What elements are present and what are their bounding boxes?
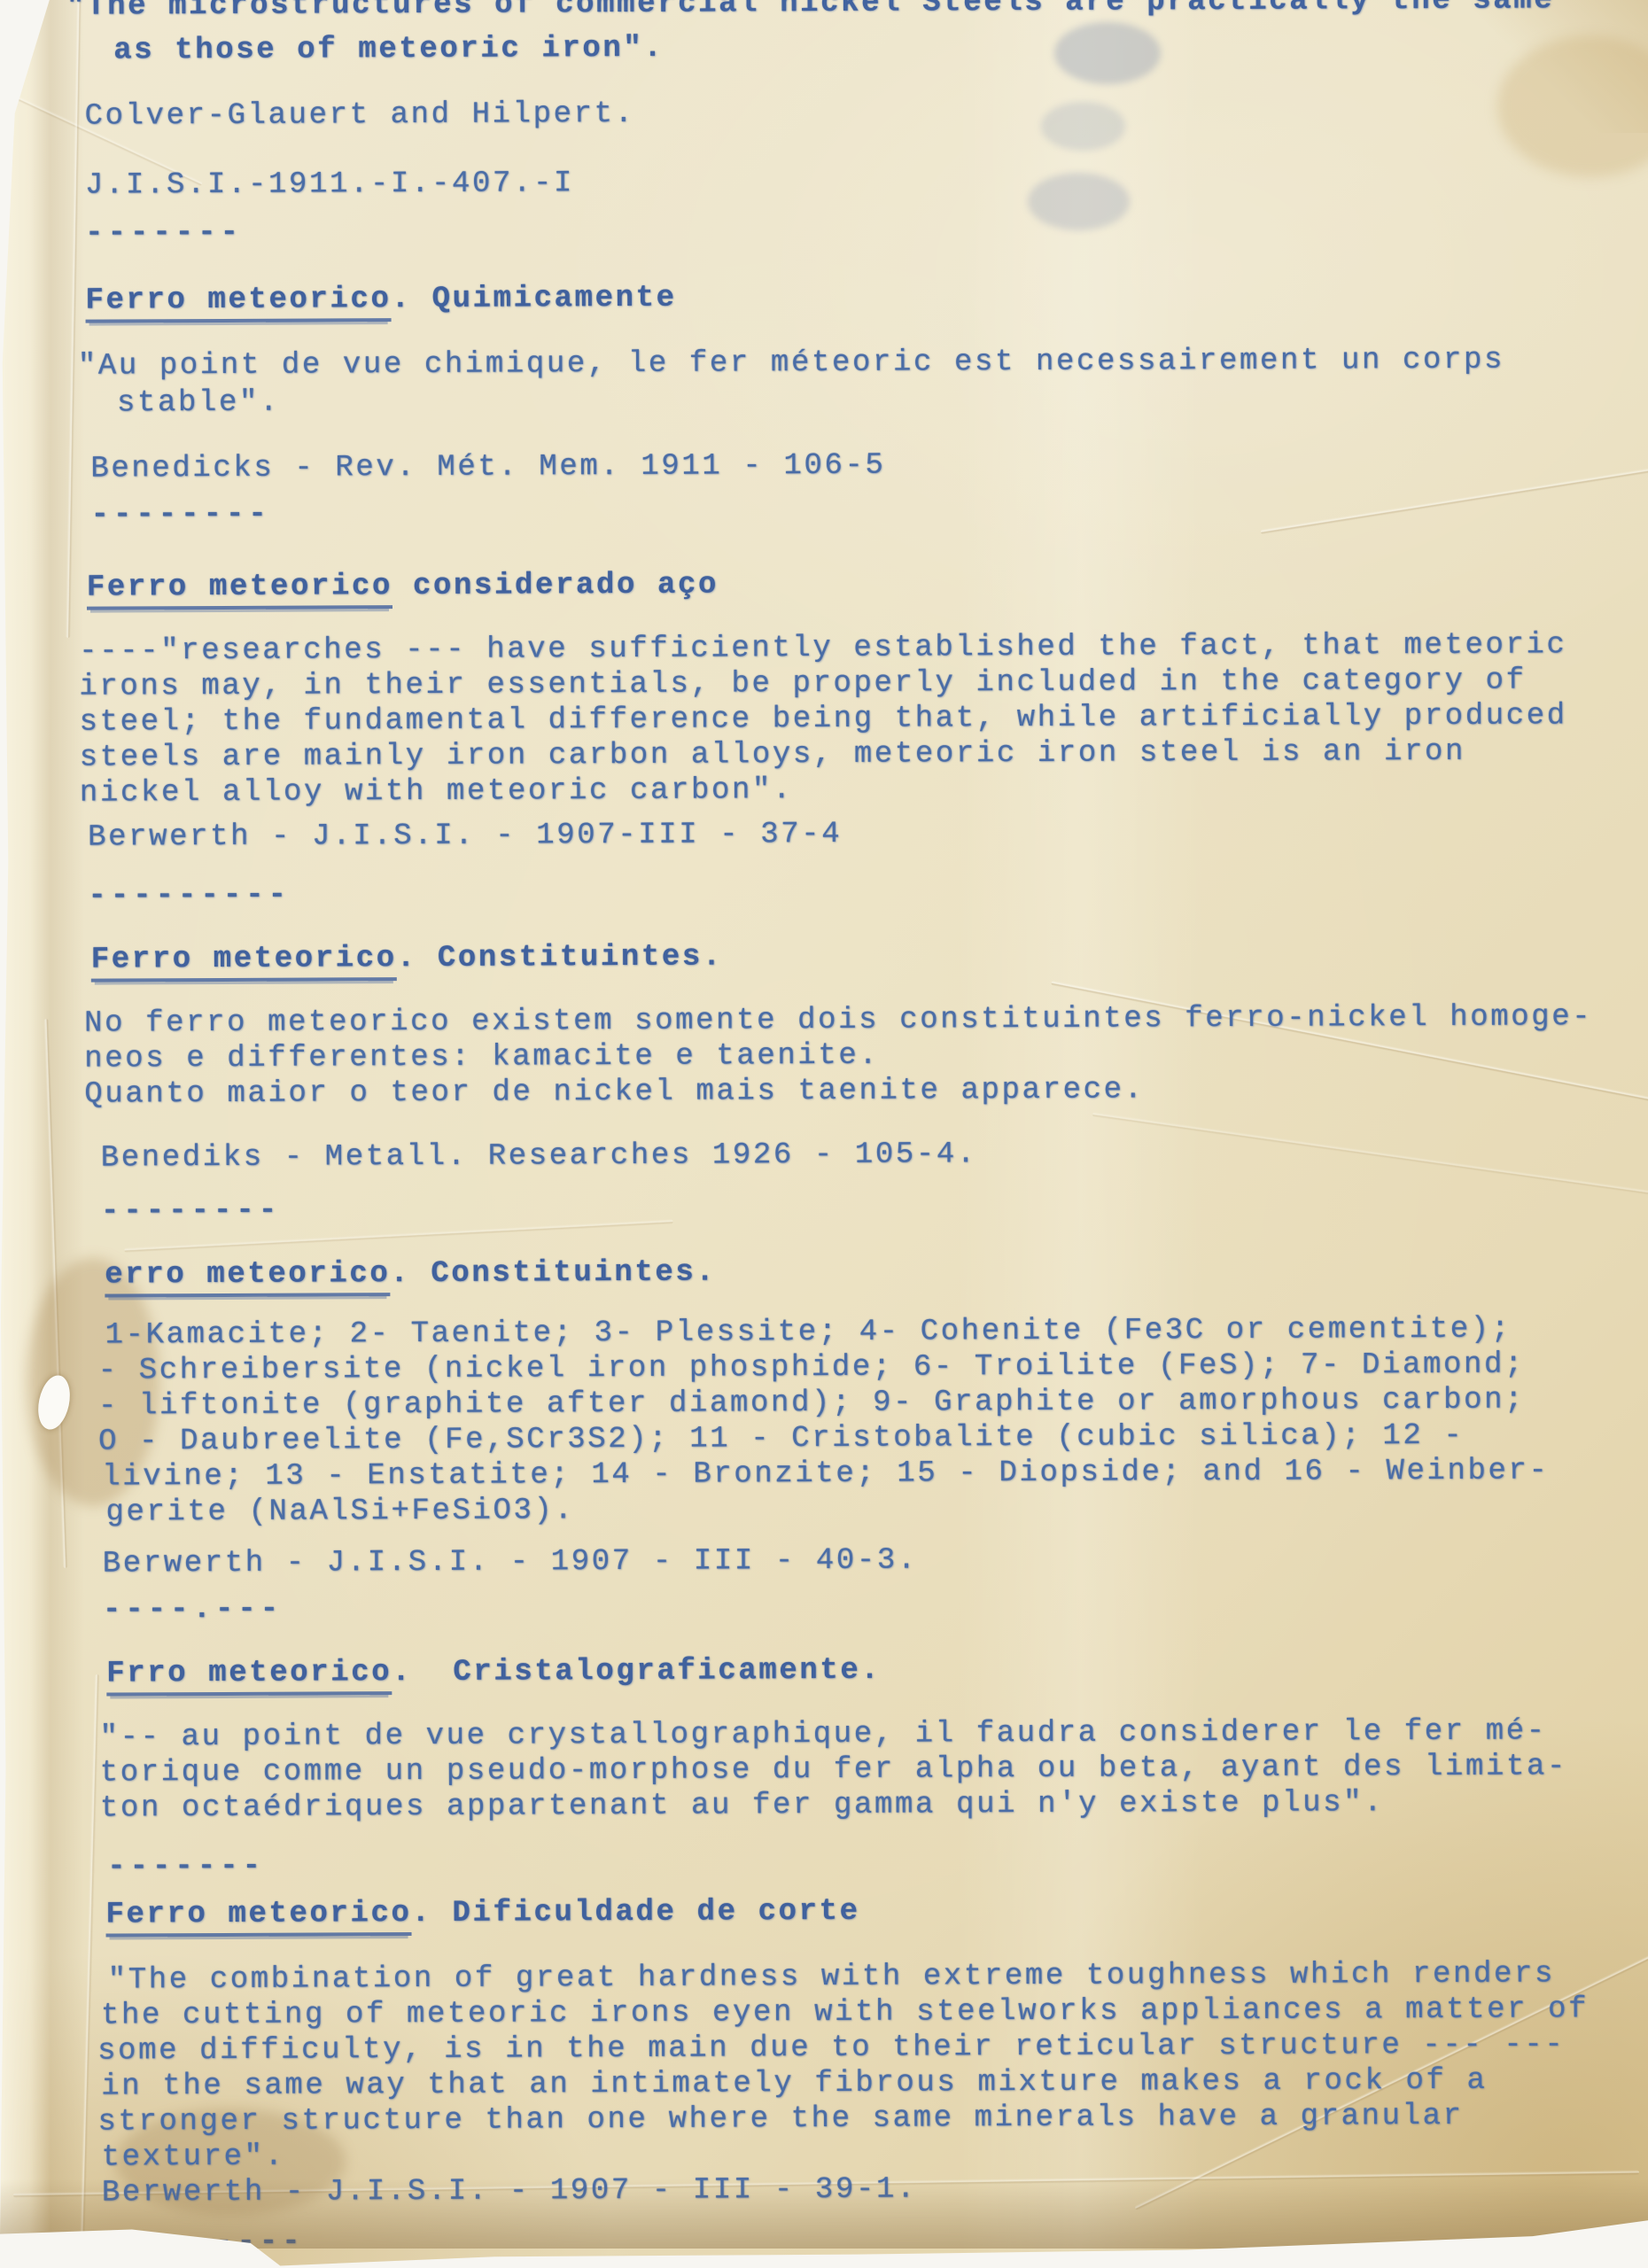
heading-rest: considerado aço	[393, 569, 719, 604]
typed-divider: --------	[101, 1193, 281, 1230]
heading-rest: . Cristalograficamente.	[392, 1654, 881, 1689]
document-text-line: in the same way that an intimately fibro…	[101, 2063, 1487, 2105]
section-heading: Frro meteorico. Cristalograficamente.	[106, 1653, 881, 1692]
typed-divider: -------	[85, 215, 243, 252]
section-heading: erro meteorico. Constituintes.	[105, 1255, 716, 1293]
heading-rest: . Constituintes.	[390, 1256, 716, 1292]
section-heading: Ferro meteorico. Quimicamente	[85, 281, 676, 319]
document-text-line: nickel alloy with meteoric carbon".	[80, 773, 793, 812]
heading-underlined-term: Frro meteorico	[106, 1656, 392, 1696]
heading-underlined-term: Ferro meteorico	[87, 570, 393, 610]
document-text-line: gerite (NaAlSi+FeSiO3).	[105, 1493, 574, 1530]
document-text-line: ton octaédriques appartenant au fer gamm…	[100, 1785, 1384, 1826]
document-text-line: "The combination of great hardness with …	[108, 1956, 1555, 1998]
section-heading: Ferro meteorico. Dificuldade de corte	[105, 1894, 859, 1933]
document-text-line: neos e differentes: kamacite e taenite.	[84, 1038, 879, 1077]
heading-rest: . Dificuldade de corte	[411, 1895, 859, 1930]
document-text-line: steels are mainly iron carbon alloys, me…	[80, 734, 1465, 776]
document-text-line: texture".	[102, 2140, 285, 2176]
heading-rest: . Quimicamente	[391, 282, 676, 316]
typed-divider: ---------	[88, 878, 291, 914]
heading-underlined-term: Ferro meteorico	[105, 1897, 411, 1938]
document-text-line: "The microstructures of commercial nicke…	[66, 0, 1554, 25]
section-heading: Ferro meteorico. Constituintes.	[91, 940, 723, 978]
document-text-line: Colver-Glauert and Hilpert.	[84, 97, 634, 135]
typewritten-text: "The microstructures of commercial nicke…	[0, 0, 1648, 2268]
torn-bottom-edge-shadow	[0, 2179, 1648, 2249]
document-text-line: - liftonite (graphite after diamond); 9-…	[98, 1383, 1525, 1425]
citation-line: J.I.S.I.-1911.-I.-407.-I	[85, 166, 574, 203]
document-text-line: "Au point de vue chimique, le fer méteor…	[78, 343, 1504, 384]
document-text-line: - Schreibersite (nickel iron phosphide; …	[98, 1348, 1525, 1389]
citation-line: Benediks - Metall. Researches 1926 - 105…	[101, 1137, 977, 1176]
citation-line: Berwerth - J.I.S.I. - 1907 - III - 40-3.	[103, 1543, 918, 1582]
document-text-line: 1-Kamacite; 2- Taenite; 3- Plessite; 4- …	[105, 1312, 1511, 1354]
document-text-line: as those of meteoric iron".	[113, 31, 664, 69]
document-text-line: irons may, in their essentials, be prope…	[79, 664, 1526, 705]
heading-rest: . Constituintes.	[397, 941, 723, 976]
typed-divider: --------	[90, 497, 270, 533]
scanned-document-page: "The microstructures of commercial nicke…	[0, 0, 1648, 2268]
heading-underlined-term: Ferro meteorico	[85, 283, 391, 323]
document-text-line: stable".	[117, 385, 280, 422]
document-text-line: "-- au point de vue crystallographique, …	[99, 1713, 1546, 1755]
citation-line: Berwerth - J.I.S.I. - 1907-III - 37-4	[88, 817, 842, 856]
citation-line: Benedicks - Rev. Mét. Mem. 1911 - 106-5	[90, 448, 885, 487]
section-heading: Ferro meteorico considerado aço	[87, 568, 719, 606]
document-text-line: livine; 13 - Enstatite; 14 - Bronzite; 1…	[102, 1453, 1549, 1495]
heading-underlined-term: erro meteorico	[105, 1257, 390, 1297]
document-text-line: Quanto maior o teor de nickel mais taeni…	[84, 1072, 1144, 1112]
typed-divider: ----.---	[103, 1592, 283, 1628]
document-text-line: stronger structure than one where the sa…	[97, 2099, 1463, 2140]
heading-underlined-term: Ferro meteorico	[91, 942, 397, 983]
document-text-line: O - Daubreelite (Fe,SCr3S2); 11 - Cristo…	[98, 1418, 1464, 1460]
document-text-line: No ferro meteorico existem somente dois …	[84, 999, 1592, 1041]
typed-divider: -------	[107, 1849, 265, 1885]
